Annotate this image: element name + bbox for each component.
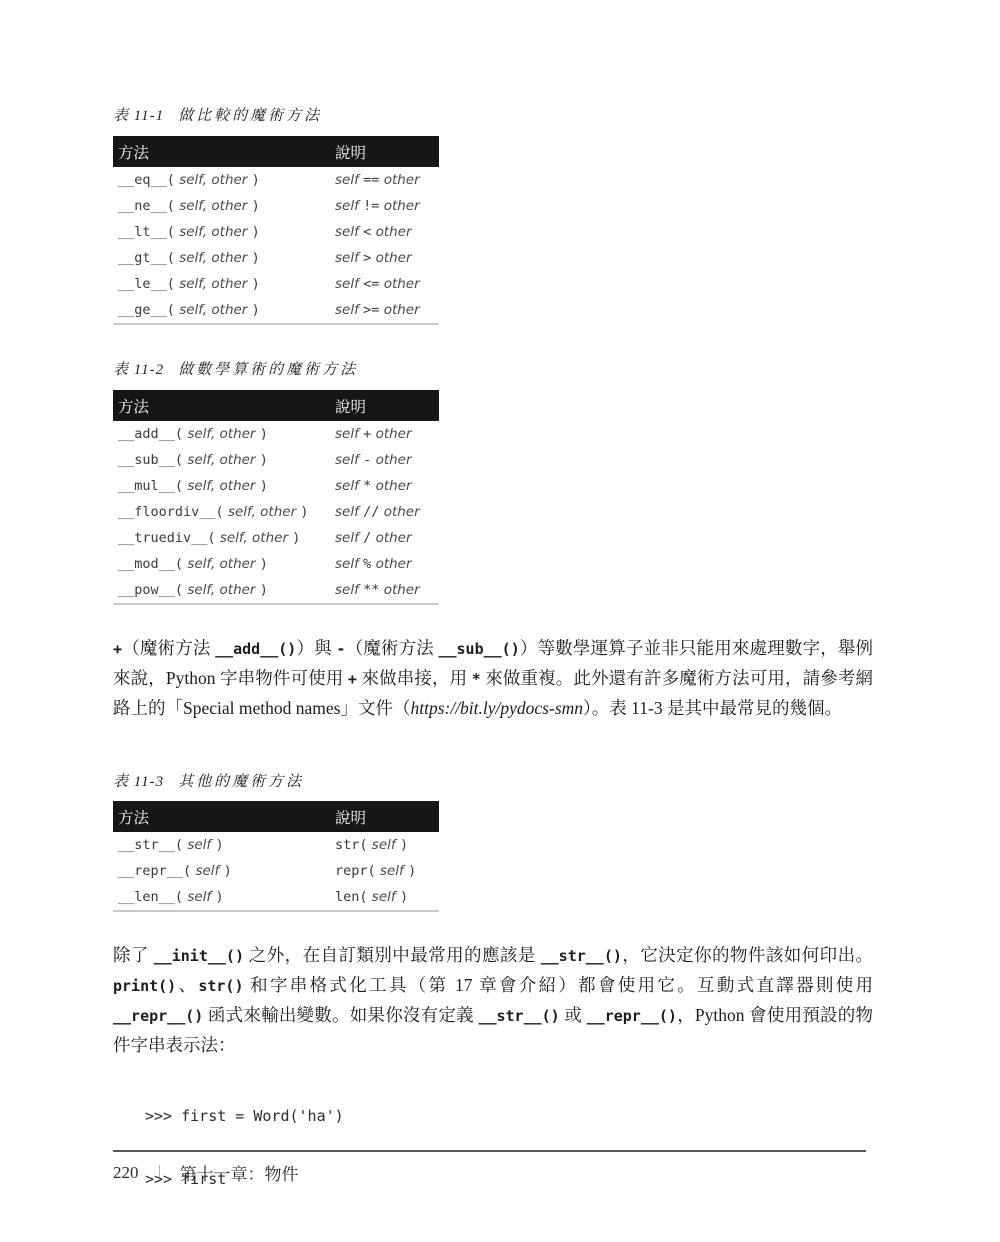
text-segment: self	[376, 863, 408, 879]
text-segment: **	[363, 582, 379, 598]
description-cell: self // other	[335, 503, 439, 521]
text-segment: )	[408, 863, 416, 879]
text-segment: __repr__()	[587, 1007, 677, 1025]
text-segment: self	[335, 452, 363, 468]
text-segment: )	[252, 302, 260, 318]
code-line-1: >>> first = Word('ha')	[145, 1106, 344, 1127]
description-cell: self % other	[335, 555, 439, 573]
text-segment: )	[252, 198, 260, 214]
table-header: 方法 說明	[113, 801, 439, 832]
table-11-2: 方法 說明 __add__( self, other )self + other…	[113, 390, 439, 605]
text-segment: 除了	[113, 945, 154, 965]
text-segment: other	[371, 452, 411, 468]
text-segment: __lt__(	[118, 224, 175, 240]
text-segment: self	[335, 504, 363, 520]
description-cell: self ** other	[335, 581, 439, 599]
text-segment: )	[224, 863, 232, 879]
text-segment: >=	[363, 302, 379, 318]
text-segment: +	[113, 640, 122, 658]
text-segment: str(	[335, 837, 368, 853]
table-11-3-caption: 表 11-3其他的魔術方法	[113, 770, 304, 791]
table-row: __len__( self )len( self )	[113, 884, 439, 910]
text-segment: other	[379, 504, 419, 520]
method-cell: __ne__( self, other )	[113, 197, 335, 215]
text-segment: self	[368, 889, 400, 905]
page-footer: 220 ｜ 第十一章：物件	[113, 1160, 299, 1185]
text-segment: )	[260, 582, 268, 598]
header-cell-method: 方法	[113, 395, 335, 417]
text-segment: self, other	[183, 478, 260, 494]
chapter-title: 第十一章：物件	[180, 1160, 299, 1185]
method-cell: __sub__( self, other )	[113, 451, 335, 469]
text-segment: 函式來輸出變數。如果你沒有定義	[203, 1005, 478, 1025]
text-segment: len(	[335, 889, 368, 905]
text-segment: self, other	[216, 530, 293, 546]
text-segment: print()	[113, 977, 176, 995]
text-segment: other	[371, 530, 411, 546]
text-segment: __init__()	[154, 947, 244, 965]
text-segment: )	[252, 224, 260, 240]
text-segment: 之外，在自訂類別中最常用的應該是	[244, 945, 541, 965]
header-cell-description: 說明	[335, 141, 439, 163]
text-segment: 來做串接，用	[357, 668, 472, 688]
method-cell: __truediv__( self, other )	[113, 529, 335, 547]
description-cell: repr( self )	[335, 862, 439, 880]
method-cell: __len__( self )	[113, 888, 335, 906]
text-segment: __sub__(	[118, 452, 183, 468]
text-segment: self	[335, 198, 363, 214]
method-cell: __str__( self )	[113, 836, 335, 854]
description-cell: len( self )	[335, 888, 439, 906]
text-segment: )	[260, 426, 268, 442]
text-segment: self, other	[183, 582, 260, 598]
text-segment: //	[363, 504, 379, 520]
table-body: __str__( self )str( self )__repr__( self…	[113, 832, 439, 912]
text-segment: self	[335, 530, 363, 546]
description-cell: self - other	[335, 451, 439, 469]
method-cell: __gt__( self, other )	[113, 249, 335, 267]
table-11-3: 方法 說明 __str__( self )str( self )__repr__…	[113, 801, 439, 912]
text-segment: )	[215, 837, 223, 853]
text-segment: ，它決定你的物件該如何印出。	[622, 945, 873, 965]
table-row: __str__( self )str( self )	[113, 832, 439, 858]
table-row: __mod__( self, other )self % other	[113, 551, 439, 577]
table-row: __pow__( self, other )self ** other	[113, 577, 439, 603]
method-cell: __eq__( self, other )	[113, 171, 335, 189]
table-caption-title: 做比較的魔術方法	[178, 108, 322, 124]
text-segment: other	[379, 276, 419, 292]
text-segment: other	[371, 426, 411, 442]
text-segment: other	[371, 250, 411, 266]
table-row: __ne__( self, other )self != other	[113, 193, 439, 219]
text-segment: self, other	[183, 426, 260, 442]
text-segment: ==	[363, 172, 379, 188]
description-cell: self >= other	[335, 301, 439, 319]
table-row: __sub__( self, other )self - other	[113, 447, 439, 473]
text-segment: )	[260, 452, 268, 468]
text-segment: other	[371, 224, 411, 240]
method-cell: __le__( self, other )	[113, 275, 335, 293]
text-segment: )	[400, 837, 408, 853]
footer-separator: ｜	[154, 1160, 164, 1185]
description-cell: self <= other	[335, 275, 439, 293]
text-segment: __le__(	[118, 276, 175, 292]
text-segment: self, other	[183, 452, 260, 468]
header-cell-method: 方法	[113, 806, 335, 828]
description-cell: self * other	[335, 477, 439, 495]
table-11-1-caption: 表 11-1做比較的魔術方法	[113, 104, 322, 125]
table-row: __le__( self, other )self <= other	[113, 271, 439, 297]
description-cell: self > other	[335, 249, 439, 267]
text-segment: other	[379, 582, 419, 598]
text-segment: <=	[363, 276, 379, 292]
text-segment: )	[252, 172, 260, 188]
method-cell: __lt__( self, other )	[113, 223, 335, 241]
text-segment: self, other	[175, 250, 252, 266]
table-row: __mul__( self, other )self * other	[113, 473, 439, 499]
text-segment: repr(	[335, 863, 376, 879]
method-cell: __pow__( self, other )	[113, 581, 335, 599]
description-cell: self + other	[335, 425, 439, 443]
text-segment: self, other	[175, 198, 252, 214]
text-segment: __floordiv__(	[118, 504, 224, 520]
table-header: 方法 說明	[113, 390, 439, 421]
paragraph-operators: +（魔術方法 __add__()）與 -（魔術方法 __sub__()）等數學運…	[113, 634, 873, 723]
text-segment: __gt__(	[118, 250, 175, 266]
description-cell: self < other	[335, 223, 439, 241]
text-segment: self	[335, 276, 363, 292]
table-row: __repr__( self )repr( self )	[113, 858, 439, 884]
text-segment: ）。表 11-3 是其中最常見的幾個。	[583, 698, 842, 718]
header-cell-method: 方法	[113, 141, 335, 163]
table-11-1: 方法 說明 __eq__( self, other )self == other…	[113, 136, 439, 325]
text-segment: other	[379, 172, 419, 188]
text-segment: __truediv__(	[118, 530, 216, 546]
text-segment: self, other	[175, 172, 252, 188]
text-segment: self	[335, 172, 363, 188]
text-segment: __str__()	[478, 1007, 559, 1025]
text-segment: __mod__(	[118, 556, 183, 572]
table-row: __floordiv__( self, other )self // other	[113, 499, 439, 525]
text-segment: 和字串格式化工具（第 17 章會介紹）都會使用它。互動式直譯器則使用	[244, 975, 874, 995]
table-row: __eq__( self, other )self == other	[113, 167, 439, 193]
text-segment: self	[183, 837, 215, 853]
method-cell: __mul__( self, other )	[113, 477, 335, 495]
text-segment: self	[335, 582, 363, 598]
description-cell: self != other	[335, 197, 439, 215]
method-cell: __floordiv__( self, other )	[113, 503, 335, 521]
code-block: >>> first = Word('ha') >>> first	[145, 1064, 344, 1232]
text-segment: self, other	[175, 276, 252, 292]
text-segment: )	[215, 889, 223, 905]
table-caption-title: 其他的魔術方法	[178, 774, 304, 790]
text-segment: 、	[176, 975, 198, 995]
book-page: 表 11-1做比較的魔術方法 方法 說明 __eq__( self, other…	[0, 0, 1000, 1242]
text-segment: self	[335, 556, 363, 572]
text-segment: __sub__()	[438, 640, 519, 658]
footer-rule	[113, 1150, 866, 1152]
text-segment: self	[335, 426, 363, 442]
text-segment: self	[335, 478, 363, 494]
paragraph-str-repr: 除了 __init__() 之外，在自訂類別中最常用的應該是 __str__()…	[113, 941, 873, 1060]
text-segment: +	[348, 670, 357, 688]
table-row: __gt__( self, other )self > other	[113, 245, 439, 271]
text-segment: （魔術方法	[122, 638, 215, 658]
text-segment: self, other	[175, 224, 252, 240]
text-segment: )	[252, 276, 260, 292]
text-segment: self	[335, 224, 363, 240]
text-segment: )	[292, 530, 300, 546]
text-segment: )	[260, 478, 268, 494]
method-cell: __mod__( self, other )	[113, 555, 335, 573]
text-segment: __repr__()	[113, 1007, 203, 1025]
table-body: __eq__( self, other )self == other__ne__…	[113, 167, 439, 325]
table-row: __lt__( self, other )self < other	[113, 219, 439, 245]
table-caption-label: 表 11-1	[113, 108, 164, 124]
table-caption-title: 做數學算術的魔術方法	[178, 362, 358, 378]
table-body: __add__( self, other )self + other__sub_…	[113, 421, 439, 605]
text-segment: __pow__(	[118, 582, 183, 598]
table-row: __add__( self, other )self + other	[113, 421, 439, 447]
text-segment: self	[335, 250, 363, 266]
table-header: 方法 說明	[113, 136, 439, 167]
text-segment: 或	[560, 1005, 587, 1025]
text-segment: other	[371, 556, 411, 572]
text-segment: https://bit.ly/pydocs-smn	[410, 698, 583, 718]
method-cell: __repr__( self )	[113, 862, 335, 880]
text-segment: __str__()	[541, 947, 622, 965]
table-row: __truediv__( self, other )self / other	[113, 525, 439, 551]
table-row: __ge__( self, other )self >= other	[113, 297, 439, 323]
text-segment: __ne__(	[118, 198, 175, 214]
text-segment: （魔術方法	[345, 638, 438, 658]
text-segment: __len__(	[118, 889, 183, 905]
text-segment: self, other	[175, 302, 252, 318]
text-segment: __ge__(	[118, 302, 175, 318]
description-cell: self / other	[335, 529, 439, 547]
text-segment: )	[260, 556, 268, 572]
text-segment: __add__()	[215, 640, 296, 658]
header-cell-description: 說明	[335, 395, 439, 417]
text-segment: )	[300, 504, 308, 520]
text-segment: )	[252, 250, 260, 266]
text-segment: __add__(	[118, 426, 183, 442]
text-segment: self	[183, 889, 215, 905]
page-number: 220	[113, 1163, 139, 1183]
text-segment: self	[335, 302, 363, 318]
text-segment: ）與	[296, 638, 336, 658]
text-segment: other	[379, 198, 419, 214]
text-segment: self	[191, 863, 223, 879]
text-segment: __repr__(	[118, 863, 191, 879]
method-cell: __ge__( self, other )	[113, 301, 335, 319]
table-caption-label: 表 11-2	[113, 362, 164, 378]
text-segment: str()	[198, 977, 243, 995]
text-segment: )	[400, 889, 408, 905]
text-segment: other	[371, 478, 411, 494]
header-cell-description: 說明	[335, 806, 439, 828]
description-cell: self == other	[335, 171, 439, 189]
table-11-2-caption: 表 11-2做數學算術的魔術方法	[113, 358, 358, 379]
text-segment: other	[379, 302, 419, 318]
table-caption-label: 表 11-3	[113, 774, 164, 790]
text-segment: __mul__(	[118, 478, 183, 494]
text-segment: !=	[363, 198, 379, 214]
description-cell: str( self )	[335, 836, 439, 854]
text-segment: self, other	[224, 504, 301, 520]
method-cell: __add__( self, other )	[113, 425, 335, 443]
text-segment: self	[368, 837, 400, 853]
text-segment: *	[472, 670, 481, 688]
text-segment: __str__(	[118, 837, 183, 853]
text-segment: self, other	[183, 556, 260, 572]
text-segment: __eq__(	[118, 172, 175, 188]
